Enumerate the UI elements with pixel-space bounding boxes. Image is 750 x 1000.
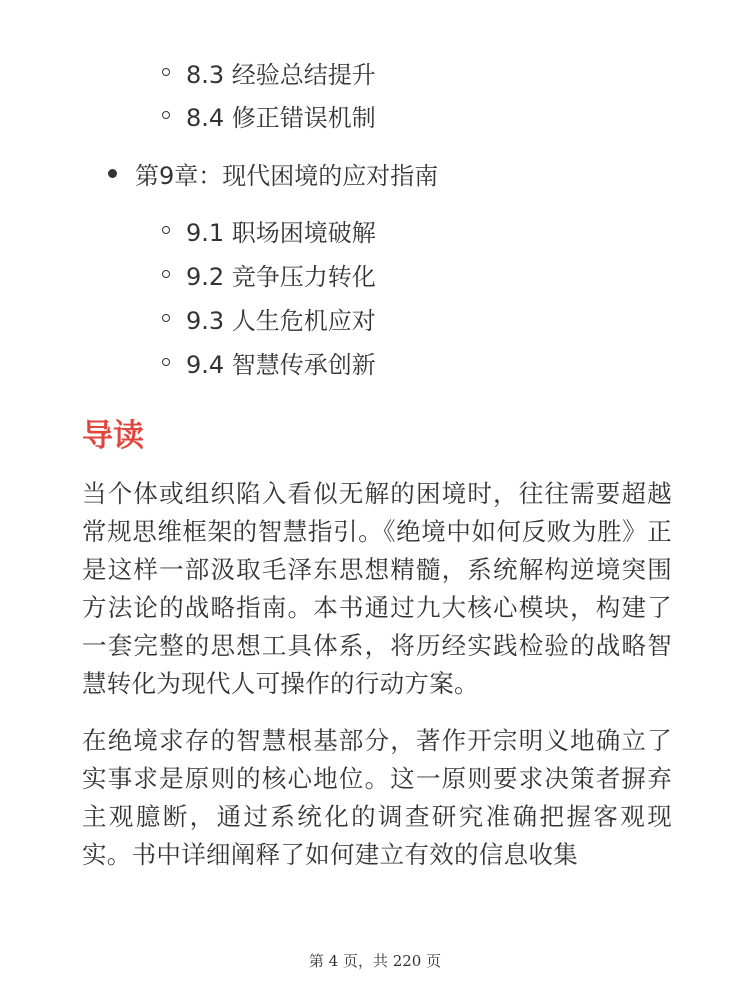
circle-bullet-icon: [162, 270, 170, 278]
toc-item-9-1[interactable]: 9.1 职场困境破解: [162, 212, 376, 248]
toc-item-8-4[interactable]: 8.4 修正错误机制: [162, 97, 376, 133]
circle-bullet-icon: [162, 68, 170, 76]
toc-item-8-3[interactable]: 8.3 经验总结提升: [162, 54, 376, 90]
circle-bullet-icon: [162, 111, 170, 119]
toc-item-9-3[interactable]: 9.3 人生危机应对: [162, 300, 376, 336]
toc-item-label: 8.4 修正错误机制: [186, 98, 376, 133]
toc-item-9-4[interactable]: 9.4 智慧传承创新: [162, 344, 376, 380]
toc-item-label: 9.2 竞争压力转化: [186, 257, 376, 292]
toc-item-label: 9.4 智慧传承创新: [186, 345, 376, 380]
toc-chapter-9[interactable]: 第9章：现代困境的应对指南: [108, 155, 438, 191]
intro-paragraph-2: 在绝境求存的智慧根基部分，著作开宗明义地确立了实事求是原则的核心地位。这一原则要…: [82, 722, 672, 874]
intro-paragraph-1: 当个体或组织陷入看似无解的困境时，往往需要超越常规思维框架的智慧指引。《绝境中如…: [82, 475, 672, 703]
circle-bullet-icon: [162, 358, 170, 366]
disc-bullet-icon: [108, 169, 117, 178]
document-page: 8.3 经验总结提升 8.4 修正错误机制 第9章：现代困境的应对指南 9.1 …: [0, 0, 750, 1000]
toc-chapter-label: 第9章：现代困境的应对指南: [135, 156, 438, 191]
circle-bullet-icon: [162, 314, 170, 322]
toc-item-9-2[interactable]: 9.2 竞争压力转化: [162, 256, 376, 292]
toc-item-label: 8.3 经验总结提升: [186, 55, 376, 90]
section-heading: 导读: [82, 414, 144, 458]
toc-item-label: 9.1 职场困境破解: [186, 213, 376, 248]
toc-item-label: 9.3 人生危机应对: [186, 301, 376, 336]
circle-bullet-icon: [162, 226, 170, 234]
page-number-footer: 第 4 页，共 220 页: [0, 950, 750, 971]
